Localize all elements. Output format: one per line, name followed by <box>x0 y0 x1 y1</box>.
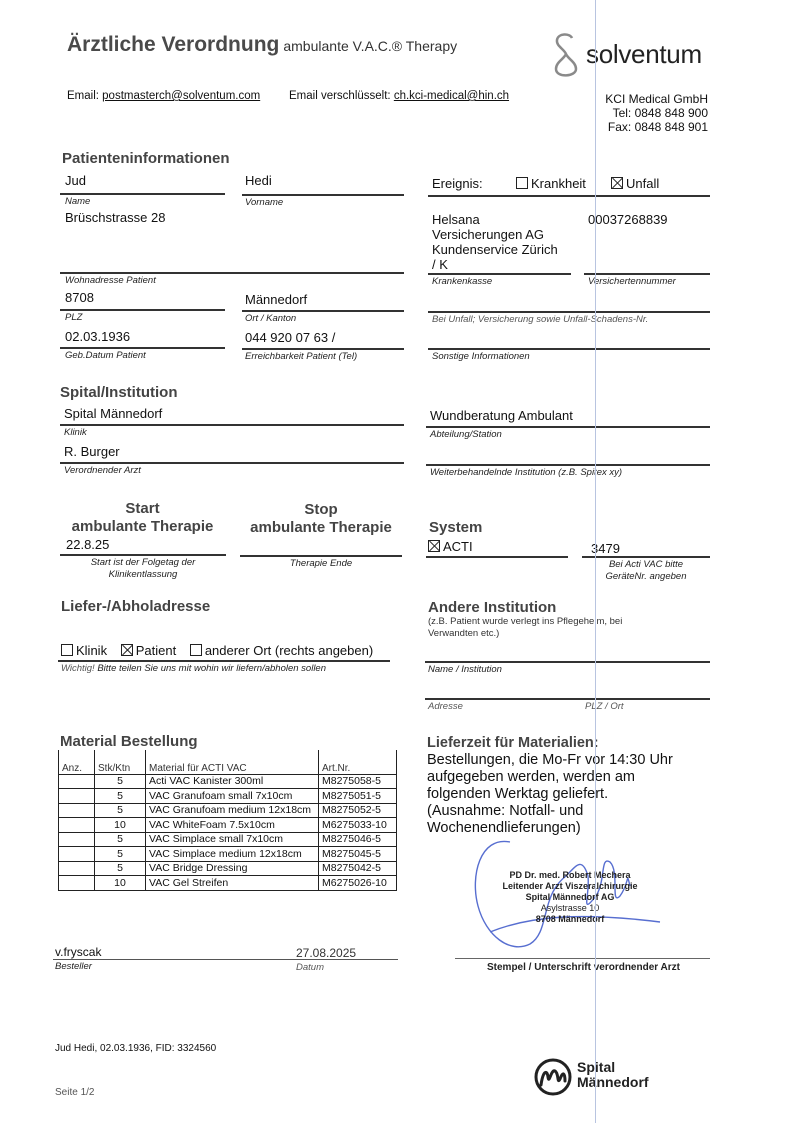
delivery-time-line: (Ausnahme: Notfall- und <box>427 803 717 820</box>
material-cell: Acti VAC Kanister 300ml <box>146 774 319 789</box>
insurer-field[interactable]: Helsana Versicherungen AG Kundenservice … <box>432 212 558 272</box>
other-institution-address-field[interactable] <box>425 698 710 700</box>
divider <box>60 309 225 311</box>
insured-number-field[interactable]: 00037268839 <box>588 212 668 227</box>
insured-number-label: Versichertennummer <box>588 276 676 287</box>
delivery-option-other-label: anderer Ort (rechts angeben) <box>205 643 373 658</box>
divider <box>426 556 568 558</box>
divider <box>242 310 404 312</box>
delivery-time-line: Bestellungen, die Mo-Fr vor 14:30 Uhr <box>427 752 717 769</box>
artnr-cell: M8275046-5 <box>319 832 397 847</box>
email-encrypted-contact: Email verschlüsselt: ch.kci-medical@hin.… <box>289 90 509 102</box>
stk-cell: 5 <box>95 803 146 818</box>
therapy-stop-note: Therapie Ende <box>240 558 402 569</box>
doctor-stamp: PD Dr. med. Robert Mechera Leitender Arz… <box>470 870 670 925</box>
event-option-unfall-label: Unfall <box>626 176 659 191</box>
patient-firstname-label: Vorname <box>245 197 283 208</box>
title-main: Ärztliche Verordnung <box>67 33 279 56</box>
qty-input[interactable] <box>59 818 95 833</box>
therapy-start-note: Start ist der Folgetag der Klinikentlass… <box>60 557 226 581</box>
col-header-artnr: Art.Nr. <box>319 750 397 774</box>
orderer-name-field[interactable]: v.fryscak <box>55 945 101 959</box>
signature-label: Stempel / Unterschrift verordnender Arzt <box>487 962 680 973</box>
material-cell: VAC Simplace small 7x10cm <box>146 832 319 847</box>
patient-phone-label: Erreichbarkeit Patient (Tel) <box>245 351 357 362</box>
title-subtitle: ambulante V.A.C.® Therapy <box>283 38 457 54</box>
device-number-note: Bei Acti VAC bitte GeräteNr. angeben <box>582 559 710 583</box>
therapy-start-field[interactable]: 22.8.25 <box>66 537 109 552</box>
email-encrypted-link[interactable]: ch.kci-medical@hin.ch <box>394 90 509 102</box>
material-cell: VAC Granufoam small 7x10cm <box>146 789 319 804</box>
col-header-stk: Stk/Ktn <box>95 750 146 774</box>
delivery-note: Wichtig! Bitte teilen Sie uns mit wohin … <box>61 663 326 674</box>
event-option-krankheit[interactable]: Krankheit <box>516 176 586 191</box>
artnr-cell: M8275052-5 <box>319 803 397 818</box>
delivery-time-line: aufgegeben werden, werden am <box>427 769 717 786</box>
delivery-time-line: Wochenendlieferungen) <box>427 820 717 837</box>
event-option-unfall[interactable]: Unfall <box>611 176 659 191</box>
patient-plz-label: PLZ <box>65 312 82 323</box>
patient-city-field[interactable]: Männedorf <box>245 292 307 307</box>
stk-cell: 5 <box>95 861 146 876</box>
therapy-start-title: Start ambulante Therapie <box>60 500 225 536</box>
doctor-field[interactable]: R. Burger <box>64 444 120 459</box>
delivery-option-klinik-label: Klinik <box>76 643 107 658</box>
department-field[interactable]: Wundberatung Ambulant <box>430 408 573 423</box>
company-info: KCI Medical GmbH Tel: 0848 848 900 Fax: … <box>605 92 708 134</box>
patient-name-field[interactable]: Jud <box>65 173 86 188</box>
artnr-cell: M6275033-10 <box>319 818 397 833</box>
delivery-note-text: Bitte teilen Sie uns mit wohin wir liefe… <box>97 663 326 674</box>
stk-cell: 5 <box>95 774 146 789</box>
signature-line[interactable] <box>455 958 710 959</box>
divider <box>428 273 571 275</box>
system-title: System <box>429 519 482 536</box>
stk-cell: 5 <box>95 832 146 847</box>
insurer-line: Versicherungen AG <box>432 227 558 242</box>
other-institution-hint: (z.B. Patient wurde verlegt ins Pflegehe… <box>428 616 622 640</box>
document-title: Ärztliche Verordnungambulante V.A.C.® Th… <box>67 33 457 57</box>
section-patient-title: Patienteninformationen <box>62 150 230 167</box>
therapy-stop-title: Stop ambulante Therapie <box>240 501 402 537</box>
qty-input[interactable] <box>59 861 95 876</box>
order-date-label: Datum <box>296 962 324 973</box>
patient-id-line: Jud Hedi, 02.03.1936, FID: 3324560 <box>55 1043 216 1054</box>
table-row: 10 VAC WhiteFoam 7.5x10cm M6275033-10 <box>59 818 397 833</box>
delivery-option-other[interactable]: anderer Ort (rechts angeben) <box>190 643 373 658</box>
qty-input[interactable] <box>59 876 95 891</box>
material-cell: VAC WhiteFoam 7.5x10cm <box>146 818 319 833</box>
patient-city-label: Ort / Kanton <box>245 313 296 324</box>
divider <box>584 273 710 275</box>
checkbox-unfall-checked[interactable] <box>611 177 623 189</box>
divider <box>60 462 404 464</box>
accident-insurance-label: Bei Unfall; Versicherung sowie Unfall-Sc… <box>432 314 648 325</box>
system-option-acti[interactable]: ACTI <box>428 539 473 554</box>
artnr-cell: M8275051-5 <box>319 789 397 804</box>
section-material-title: Material Bestellung <box>60 733 198 750</box>
delivery-time-info: Lieferzeit für Materialien: Bestellungen… <box>427 735 717 837</box>
col-header-anz: Anz. <box>59 750 95 774</box>
divider <box>60 424 404 426</box>
patient-phone-field[interactable]: 044 920 07 63 / <box>245 330 335 345</box>
stk-cell: 10 <box>95 876 146 891</box>
delivery-time-title: Lieferzeit für Materialien: <box>427 735 717 752</box>
table-row: 5 Acti VAC Kanister 300ml M8275058-5 <box>59 774 397 789</box>
table-row: 5 VAC Granufoam small 7x10cm M8275051-5 <box>59 789 397 804</box>
solventum-logo: solventum <box>550 30 720 82</box>
stamp-line: Leitender Arzt Viszeralchirurgie <box>470 881 670 892</box>
section-other-institution-title: Andere Institution <box>428 599 556 616</box>
email-contact: Email: postmasterch@solventum.com <box>67 90 260 102</box>
orderer-name-label: Besteller <box>55 961 92 972</box>
insurer-line: / K <box>432 257 558 272</box>
table-row: 10 VAC Gel Streifen M6275026-10 <box>59 876 397 891</box>
material-table: Anz. Stk/Ktn Material für ACTI VAC Art.N… <box>58 750 397 891</box>
delivery-option-klinik[interactable]: Klinik <box>61 643 107 658</box>
spital-maennedorf-logo: Spital Männedorf <box>533 1057 673 1097</box>
company-tel: Tel: 0848 848 900 <box>605 106 708 120</box>
other-institution-address-label: Adresse <box>428 701 463 712</box>
scan-artifact-line <box>595 0 596 1123</box>
stamp-line: Spital Männedorf AG <box>470 892 670 903</box>
delivery-option-patient[interactable]: Patient <box>121 643 176 658</box>
email-link[interactable]: postmasterch@solventum.com <box>102 90 260 102</box>
section-delivery-title: Liefer-/Abholadresse <box>61 598 210 615</box>
checkbox-other-location[interactable] <box>190 644 202 656</box>
checkbox-acti-checked[interactable] <box>428 540 440 552</box>
table-row: 5 VAC Bridge Dressing M8275042-5 <box>59 861 397 876</box>
qty-input[interactable] <box>59 847 95 862</box>
therapy-start-title-line2: ambulante Therapie <box>60 518 225 536</box>
material-cell: VAC Simplace medium 12x18cm <box>146 847 319 862</box>
delivery-options: Klinik Patient anderer Ort (rechts angeb… <box>61 643 373 658</box>
artnr-cell: M8275058-5 <box>319 774 397 789</box>
artnr-cell: M6275026-10 <box>319 876 397 891</box>
delivery-note-prefix: Wichtig! <box>61 663 95 674</box>
clinic-label: Klinik <box>64 427 87 438</box>
qty-input[interactable] <box>59 803 95 818</box>
company-fax: Fax: 0848 848 901 <box>605 120 708 134</box>
table-row: 5 VAC Granufoam medium 12x18cm M8275052-… <box>59 803 397 818</box>
follow-up-institution-label: Weiterbehandelnde Institution (z.B. Spit… <box>430 467 622 478</box>
stk-cell: 5 <box>95 789 146 804</box>
page-number: Seite 1/2 <box>55 1087 94 1098</box>
qty-input[interactable] <box>59 789 95 804</box>
patient-plz-field[interactable]: 8708 <box>65 290 94 305</box>
divider <box>60 272 404 274</box>
therapy-stop-title-line1: Stop <box>240 501 402 519</box>
material-cell: VAC Gel Streifen <box>146 876 319 891</box>
checkbox-krankheit[interactable] <box>516 177 528 189</box>
solventum-wordmark: solventum <box>586 39 702 70</box>
patient-name-label: Name <box>65 196 90 207</box>
doctor-label: Verordnender Arzt <box>64 465 141 476</box>
table-row: 5 VAC Simplace medium 12x18cm M8275045-5 <box>59 847 397 862</box>
patient-birthdate-label: Geb.Datum Patient <box>65 350 146 361</box>
divider <box>426 464 710 466</box>
divider <box>58 660 390 662</box>
therapy-start-note-line1: Start ist der Folgetag der <box>60 557 226 569</box>
checkbox-klinik[interactable] <box>61 644 73 656</box>
event-option-krankheit-label: Krankheit <box>531 176 586 191</box>
divider <box>428 348 710 350</box>
stamp-line: Asylstrasse 10 <box>470 903 670 914</box>
delivery-option-patient-label: Patient <box>136 643 176 658</box>
solventum-s-icon <box>550 32 582 80</box>
material-cell: VAC Granufoam medium 12x18cm <box>146 803 319 818</box>
patient-firstname-field[interactable]: Hedi <box>245 173 272 188</box>
other-institution-hint-line1: (z.B. Patient wurde verlegt ins Pflegehe… <box>428 616 622 628</box>
material-cell: VAC Bridge Dressing <box>146 861 319 876</box>
therapy-start-title-line1: Start <box>60 500 225 518</box>
insurer-line: Kundenservice Zürich <box>432 242 558 257</box>
qty-input[interactable] <box>59 774 95 789</box>
artnr-cell: M8275045-5 <box>319 847 397 862</box>
system-option-acti-label: ACTI <box>443 539 473 554</box>
department-label: Abteilung/Station <box>430 429 502 440</box>
divider <box>428 311 710 313</box>
delivery-time-line: folgenden Werktag geliefert. <box>427 786 717 803</box>
spital-m-icon <box>533 1057 573 1097</box>
other-info-label: Sonstige Informationen <box>432 351 530 362</box>
divider <box>60 347 225 349</box>
divider <box>60 554 226 556</box>
artnr-cell: M8275042-5 <box>319 861 397 876</box>
table-row: 5 VAC Simplace small 7x10cm M8275046-5 <box>59 832 397 847</box>
device-number-note-line1: Bei Acti VAC bitte <box>582 559 710 571</box>
event-label: Ereignis: <box>432 176 483 191</box>
divider <box>426 426 710 428</box>
divider <box>242 348 404 350</box>
patient-address-label: Wohnadresse Patient <box>65 275 156 286</box>
order-date-field[interactable]: 27.08.2025 <box>296 946 356 960</box>
therapy-stop-title-line2: ambulante Therapie <box>240 519 402 537</box>
therapy-stop-field[interactable] <box>240 555 402 557</box>
clinic-field[interactable]: Spital Männedorf <box>64 406 162 421</box>
checkbox-patient-checked[interactable] <box>121 644 133 656</box>
email-label: Email: <box>67 90 99 102</box>
therapy-start-note-line2: Klinikentlassung <box>60 569 226 581</box>
spital-logo-line1: Spital <box>577 1060 649 1075</box>
spital-logo-line2: Männedorf <box>577 1075 649 1090</box>
patient-address-field[interactable]: Brüschstrasse 28 <box>65 210 165 225</box>
spital-logo-text: Spital Männedorf <box>577 1060 649 1090</box>
divider <box>582 556 710 558</box>
patient-birthdate-field[interactable]: 02.03.1936 <box>65 329 130 344</box>
insurer-label: Krankenkasse <box>432 276 492 287</box>
material-table-header: Anz. Stk/Ktn Material für ACTI VAC Art.N… <box>59 750 397 774</box>
other-institution-plz-label: PLZ / Ort <box>585 701 624 712</box>
email-encrypted-label: Email verschlüsselt: <box>289 90 391 102</box>
divider <box>60 193 225 195</box>
other-institution-hint-line2: Verwandten etc.) <box>428 628 622 640</box>
stamp-line: PD Dr. med. Robert Mechera <box>470 870 670 881</box>
section-institution-title: Spital/Institution <box>60 384 178 401</box>
other-institution-name-label: Name / Institution <box>428 664 502 675</box>
qty-input[interactable] <box>59 832 95 847</box>
company-name: KCI Medical GmbH <box>605 92 708 106</box>
stk-cell: 10 <box>95 818 146 833</box>
other-institution-name-field[interactable] <box>425 661 710 663</box>
stk-cell: 5 <box>95 847 146 862</box>
insurer-line: Helsana <box>432 212 558 227</box>
device-number-note-line2: GeräteNr. angeben <box>582 571 710 583</box>
divider <box>428 195 710 197</box>
stamp-line: 8708 Männedorf <box>470 914 670 925</box>
col-header-material: Material für ACTI VAC <box>146 750 319 774</box>
divider <box>242 194 404 196</box>
